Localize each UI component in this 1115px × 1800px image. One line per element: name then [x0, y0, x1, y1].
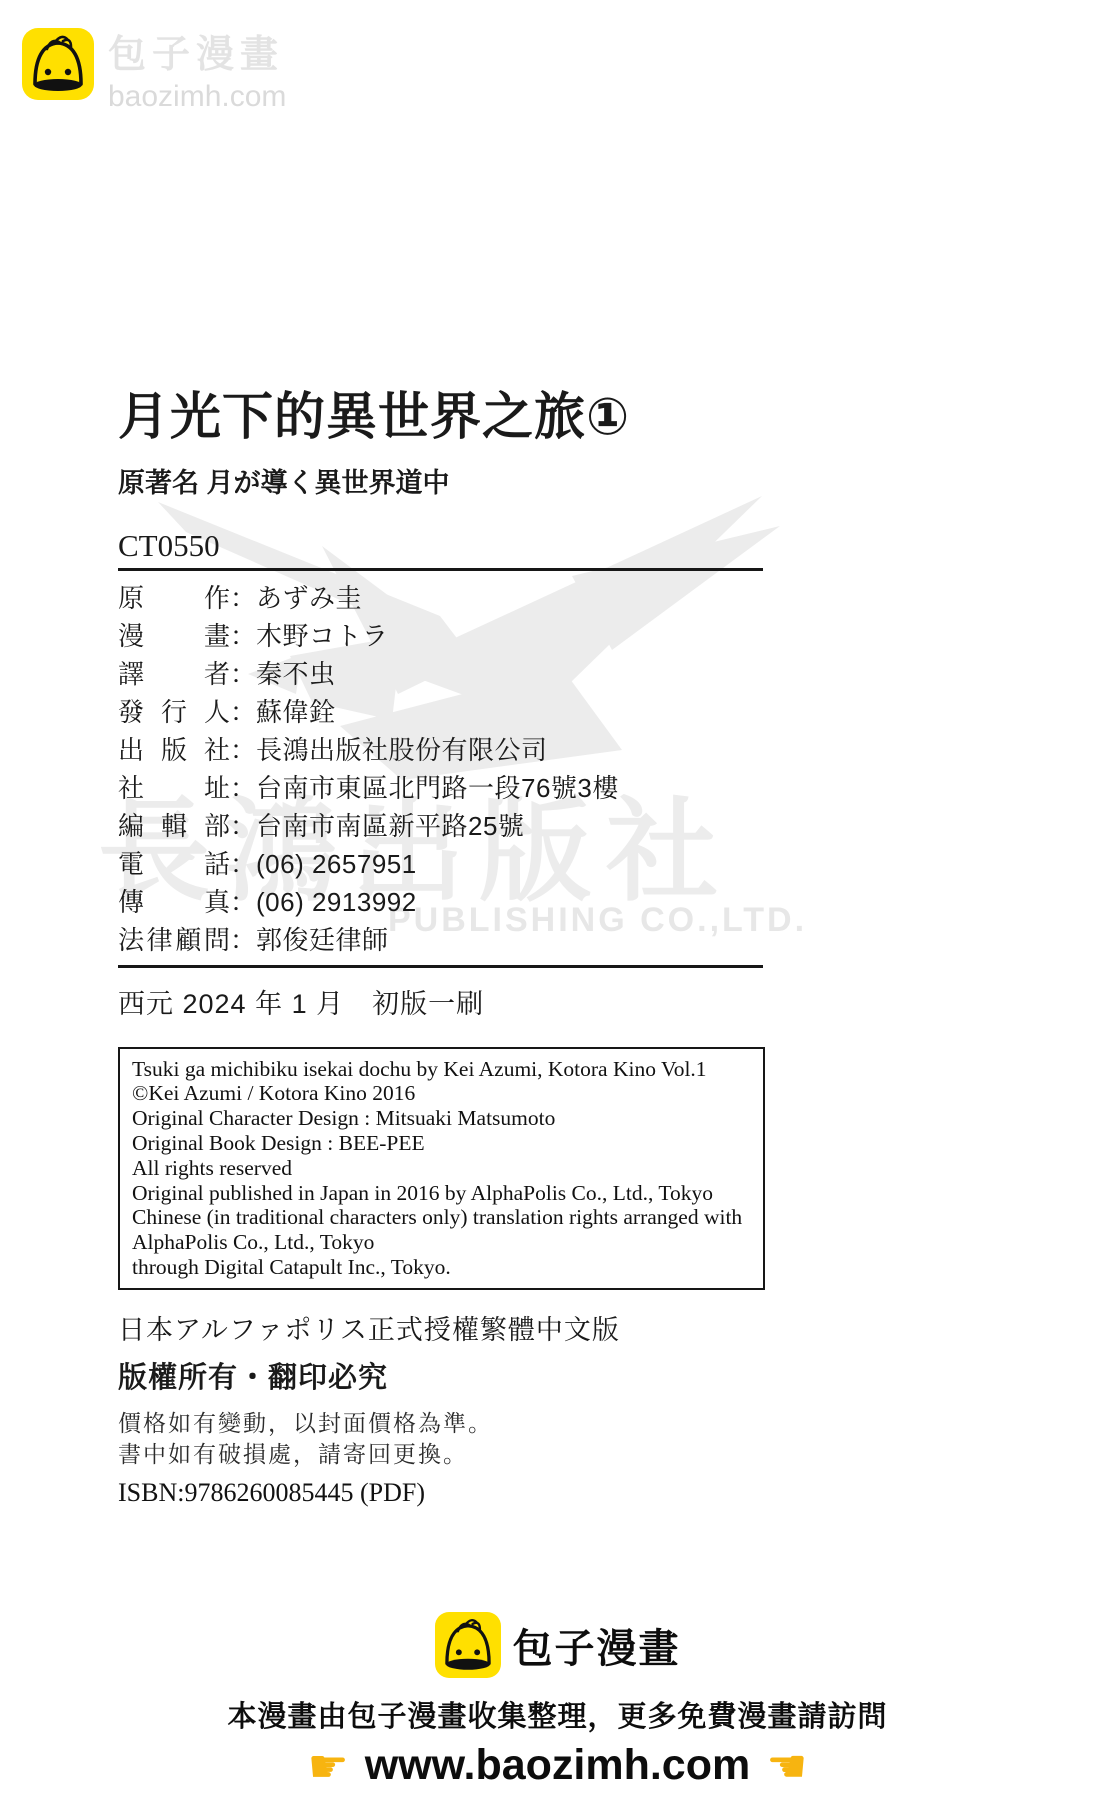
copyright-line: All rights reserved — [132, 1156, 751, 1181]
info-row-legal-advisor: 法律顧問：郭俊廷律師 — [118, 921, 768, 959]
info-row-publisher-company: 出版社：長鴻出版社股份有限公司 — [118, 731, 768, 769]
info-label: 漫畫 — [118, 617, 230, 655]
authorization-line: 日本アルファポリス正式授權繁體中文版 — [118, 1308, 768, 1347]
copyright-line: Tsuki ga michibiku isekai dochu by Kei A… — [132, 1057, 751, 1082]
site-brand-header: 包子漫畫 baozimh.com — [22, 28, 286, 112]
info-label: 出版社 — [118, 731, 230, 769]
footer-url-row: ☛ www.baozimh.com ☚ — [0, 1741, 1115, 1790]
original-title: 原著名 月が導く異世界道中 — [118, 461, 768, 500]
edition-date: 西元 2024 年 1 月 初版一刷 — [118, 982, 768, 1021]
site-url[interactable]: www.baozimh.com — [365, 1741, 750, 1790]
footer-tagline: 本漫畫由包子漫畫收集整理，更多免費漫畫請訪問 — [0, 1694, 1115, 1735]
info-value: 台南市東區北門路一段76號3樓 — [256, 769, 619, 807]
info-colon: ： — [230, 807, 256, 845]
brand-domain: baozimh.com — [108, 82, 286, 112]
info-row-address: 社址：台南市東區北門路一段76號3樓 — [118, 769, 768, 807]
info-label: 譯者 — [118, 655, 230, 693]
info-row-artist: 漫畫：木野コトラ — [118, 617, 768, 655]
info-label: 社址 — [118, 769, 230, 807]
pointing-right-icon: ☛ — [308, 1743, 349, 1789]
copyright-box: Tsuki ga michibiku isekai dochu by Kei A… — [118, 1047, 765, 1290]
info-row-author: 原作：あずみ圭 — [118, 579, 768, 617]
isbn: ISBN:9786260085445 (PDF) — [118, 1478, 768, 1508]
info-value: 秦不虫 — [256, 655, 336, 693]
info-label: 電話 — [118, 845, 230, 883]
copyright-line: Original Book Design : BEE-PEE — [132, 1131, 751, 1156]
info-value: 蘇偉銓 — [256, 693, 336, 731]
info-value: 長鴻出版社股份有限公司 — [256, 731, 548, 769]
info-label: 編輯部 — [118, 807, 230, 845]
info-row-publisher-person: 發行人：蘇偉銓 — [118, 693, 768, 731]
copyright-line: ©Kei Azumi / Kotora Kino 2016 — [132, 1081, 751, 1106]
notes: 價格如有變動，以封面價格為準。 書中如有破損處，請寄回更換。 — [118, 1408, 768, 1470]
info-colon: ： — [230, 769, 256, 807]
copyright-line: through Digital Catapult Inc., Tokyo. — [132, 1255, 751, 1280]
info-value: 台南市南區新平路25號 — [256, 807, 524, 845]
baozi-logo-icon — [22, 28, 94, 100]
info-value: 木野コトラ — [256, 617, 389, 655]
info-colon: ： — [230, 693, 256, 731]
info-label: 傳真 — [118, 883, 230, 921]
copyright-line: Original published in Japan in 2016 by A… — [132, 1181, 751, 1206]
info-row-phone: 電話：(06) 2657951 — [118, 845, 768, 883]
section-divider-line — [118, 965, 763, 968]
info-row-fax: 傳真：(06) 2913992 — [118, 883, 768, 921]
damage-note: 書中如有破損處，請寄回更換。 — [118, 1439, 768, 1470]
info-value: (06) 2913992 — [256, 883, 417, 921]
info-label: 法律顧問 — [118, 921, 230, 959]
copyright-line: AlphaPolis Co., Ltd., Tokyo — [132, 1230, 751, 1255]
price-note: 價格如有變動，以封面價格為準。 — [118, 1408, 768, 1439]
copyright-line: Original Character Design : Mitsuaki Mat… — [132, 1106, 751, 1131]
info-label: 發行人 — [118, 693, 230, 731]
info-colon: ： — [230, 579, 256, 617]
info-label: 原作 — [118, 579, 230, 617]
info-colon: ： — [230, 921, 256, 959]
info-colon: ： — [230, 883, 256, 921]
info-colon: ： — [230, 845, 256, 883]
info-row-translator: 譯者：秦不虫 — [118, 655, 768, 693]
copyright-line: Chinese (in traditional characters only)… — [132, 1205, 751, 1230]
pointing-left-icon: ☚ — [766, 1743, 807, 1789]
footer-brand-name: 包子漫畫 — [513, 1617, 681, 1674]
footer-brand: 包子漫畫 — [0, 1612, 1115, 1678]
info-value: (06) 2657951 — [256, 845, 417, 883]
info-colon: ： — [230, 731, 256, 769]
site-footer: 包子漫畫 本漫畫由包子漫畫收集整理，更多免費漫畫請訪問 ☛ www.baozim… — [0, 1612, 1115, 1790]
book-title: 月光下的異世界之旅① — [118, 388, 768, 447]
info-colon: ： — [230, 617, 256, 655]
info-row-editorial-dept: 編輯部：台南市南區新平路25號 — [118, 807, 768, 845]
publication-info-list: 原作：あずみ圭 漫畫：木野コトラ 譯者：秦不虫 發行人：蘇偉銓 出版社：長鴻出版… — [118, 579, 768, 959]
baozi-logo-icon — [435, 1612, 501, 1678]
info-value: 郭俊廷律師 — [256, 921, 389, 959]
rights-reserved-line: 版權所有・翻印必究 — [118, 1355, 768, 1396]
info-colon: ： — [230, 655, 256, 693]
book-code: CT0550 — [118, 528, 763, 571]
colophon: 月光下的異世界之旅① 原著名 月が導く異世界道中 CT0550 原作：あずみ圭 … — [118, 388, 768, 1508]
info-value: あずみ圭 — [256, 579, 362, 617]
brand-name-cjk: 包子漫畫 — [108, 36, 286, 74]
